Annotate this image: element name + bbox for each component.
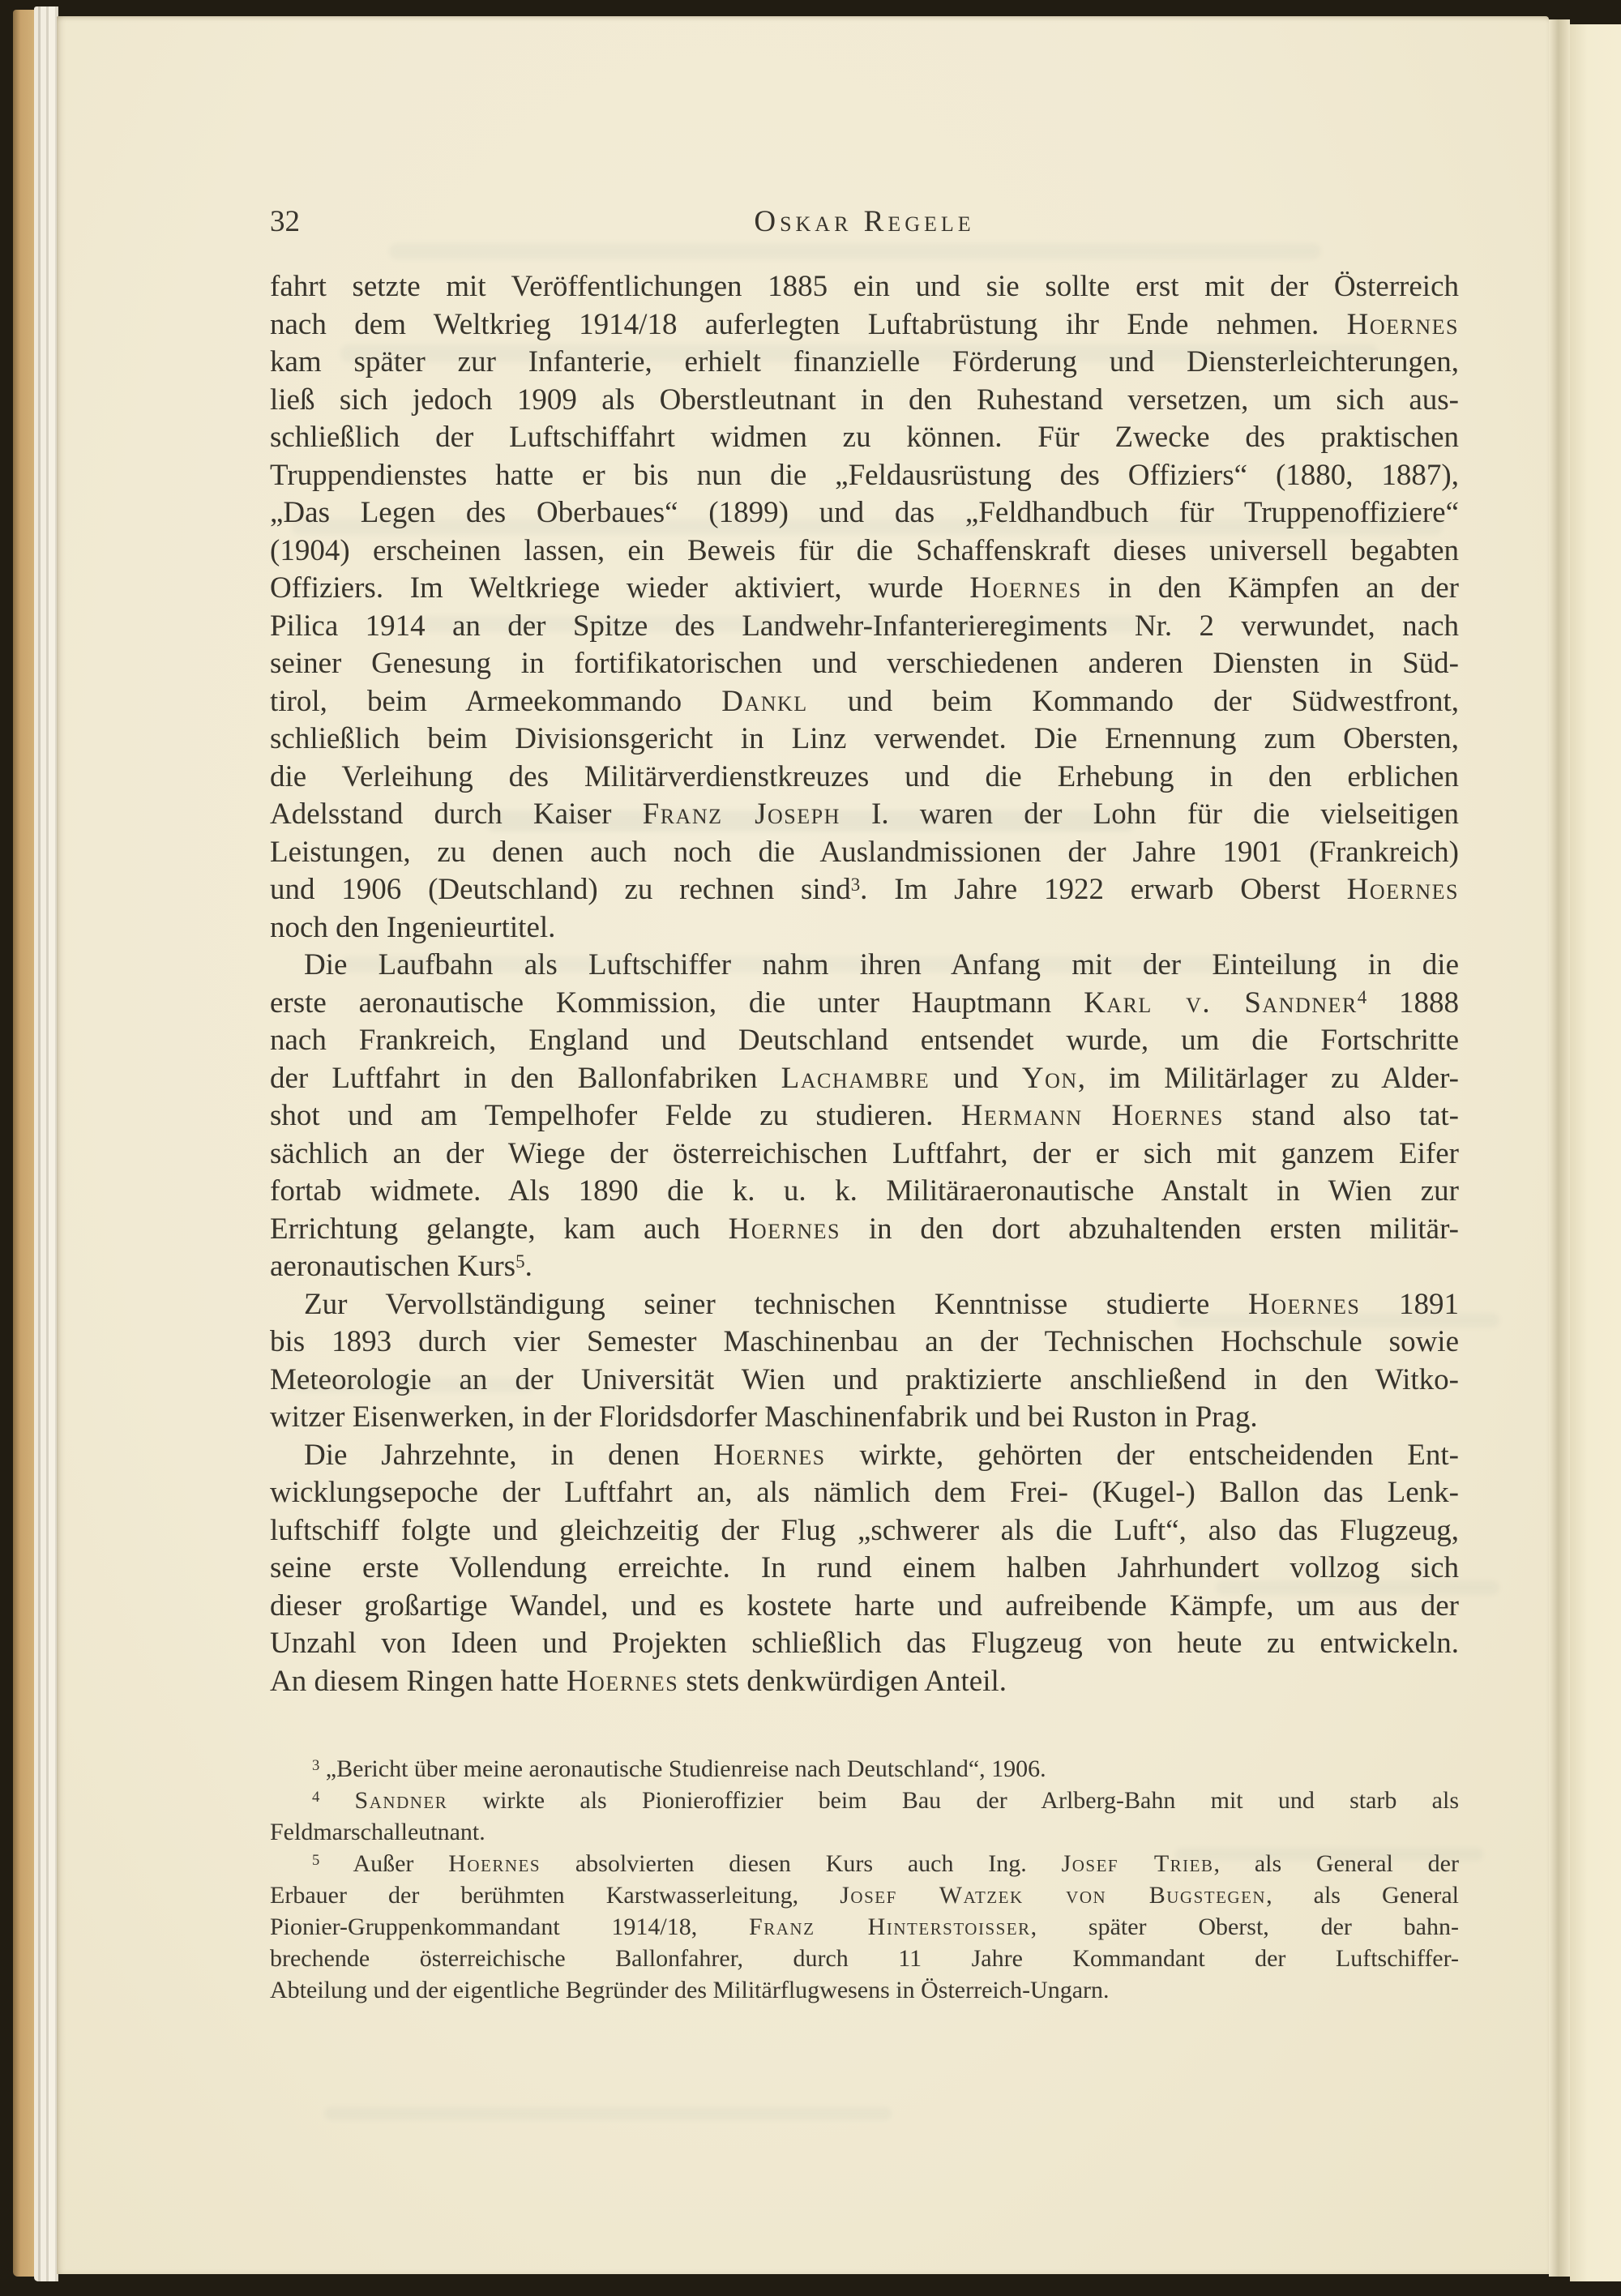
text-line: (1904) erscheinen lassen, ein Beweis für… [270,532,1459,571]
text-line: Erbauer der berühmten Karstwasserleitung… [270,1879,1459,1911]
text-line: schließlich beim Divisionsgericht in Lin… [270,720,1459,759]
text-line: Adelsstand durch Kaiser Franz Joseph I. … [270,796,1459,834]
small-caps-name: Franz Hinterstoisser [749,1913,1031,1940]
book-page: 32 Oskar Regele fahrt setzte mit Veröffe… [57,16,1549,2274]
text-line: der Luftfahrt in den Ballonfabriken Lach… [270,1060,1459,1098]
text-line: nach Frankreich, England und Deutschland… [270,1022,1459,1060]
text-line: Zur Vervollständigung seiner technischen… [270,1286,1459,1324]
text-line: brechende österreichische Ballonfahrer, … [270,1943,1459,1974]
page-edge-stack-light [34,6,58,2281]
small-caps-name: Sandner [355,1787,448,1814]
small-caps-name: Lachambre [781,1062,930,1095]
text-line: nach dem Weltkrieg 1914/18 auferlegten L… [270,306,1459,344]
text-line: schließlich der Luftschiffahrt widmen zu… [270,419,1459,457]
text-line: die Verleihung des Militärverdienstkreuz… [270,759,1459,797]
small-caps-name: Josef Watzek von Bugstegen [840,1882,1266,1909]
text-line: ließ sich jedoch 1909 als Oberstleutnant… [270,382,1459,420]
footnote-marker: 5 [312,1852,319,1869]
small-caps-name: Franz Joseph [643,797,840,831]
text-line: 5 Außer Hoernes absolvierten diesen Kurs… [270,1848,1459,1879]
text-line: erste aeronautische Kommission, die unte… [270,985,1459,1023]
small-caps-name: Hermann Hoernes [961,1099,1224,1132]
small-caps-name: Hoernes [448,1850,541,1877]
text-line: 4 Sandner wirkte als Pionieroffizier bei… [270,1785,1459,1816]
text-line: kam später zur Infanterie, erhielt finan… [270,344,1459,382]
small-caps-name: Hoernes [713,1439,825,1472]
text-line: Feldmarschalleutnant. [270,1816,1459,1848]
small-caps-name: Dankl [721,685,807,718]
footnote-marker: 4 [312,1789,319,1806]
text-line: fortab widmete. Als 1890 die k. u. k. Mi… [270,1173,1459,1211]
small-caps-name: Hoernes [567,1665,678,1698]
small-caps-name: Hoernes [969,571,1081,605]
text-line: tirol, beim Armeekommando Dankl und beim… [270,683,1459,721]
bleed-through-artifact [324,2107,892,2120]
text-line: Leistungen, zu denen auch noch die Ausla… [270,834,1459,872]
text-line: „Das Legen des Oberbaues“ (1899) und das… [270,494,1459,532]
text-line: seine erste Vollendung erreichte. In run… [270,1550,1459,1588]
text-line: bis 1893 durch vier Semester Maschinenba… [270,1323,1459,1362]
small-caps-name: Josef Trieb [1062,1850,1214,1877]
bleed-through-artifact [389,243,1321,259]
text-line: sächlich an der Wiege der österreichisch… [270,1135,1459,1174]
book-gutter-crease [1549,19,1570,2277]
text-line: Die Laufbahn als Luftschiffer nahm ihren… [270,947,1459,985]
text-line: Errichtung gelangte, kam auch Hoernes in… [270,1211,1459,1249]
text-line: und 1906 (Deutschland) zu rechnen sind3.… [270,871,1459,909]
text-line: witzer Eisenwerken, in der Floridsdorfer… [270,1399,1459,1437]
page-edge-stack-tan [13,10,34,2277]
page-number: 32 [270,204,300,239]
text-line: Die Jahrzehnte, in denen Hoernes wirkte,… [270,1437,1459,1475]
footnote-marker: 4 [1358,987,1367,1007]
footnote-marker: 3 [851,874,860,895]
text-line: Pionier-Gruppenkommandant 1914/18, Franz… [270,1911,1459,1943]
book-scan: { "page_number": "32", "running_header":… [0,0,1621,2296]
text-line: Pilica 1914 an der Spitze des Landwehr-I… [270,608,1459,646]
small-caps-name: Hoernes [1248,1288,1360,1321]
text-line: 3 „Bericht über meine aeronautische Stud… [270,1753,1459,1785]
small-caps-name: Hoernes [729,1212,840,1246]
text-line: aeronautischen Kurs5. [270,1248,1459,1286]
small-caps-name: Yon [1022,1062,1078,1095]
footnote-marker: 3 [312,1757,319,1774]
small-caps-name: Hoernes [1347,308,1459,341]
body-text: fahrt setzte mit Veröffentlichungen 1885… [270,268,1459,1700]
text-line: seiner Genesung in fortifikatorischen un… [270,645,1459,683]
footnote-marker: 5 [515,1251,524,1272]
text-line: Offiziers. Im Weltkriege wieder aktivier… [270,570,1459,608]
text-line: Truppendienstes hatte er bis nun die „Fe… [270,457,1459,495]
text-line: wicklungsepoche der Luftfahrt an, als nä… [270,1474,1459,1512]
text-line: noch den Ingenieurtitel. [270,909,1459,947]
text-line: An diesem Ringen hatte Hoernes stets den… [270,1663,1459,1701]
facing-page-edge [1570,24,1621,2281]
text-line: Unzahl von Ideen und Projekten schließli… [270,1625,1459,1663]
text-line: Meteorologie an der Universität Wien und… [270,1362,1459,1400]
text-line: fahrt setzte mit Veröffentlichungen 1885… [270,268,1459,306]
page-header: 32 Oskar Regele [270,204,1459,245]
running-header: Oskar Regele [270,204,1459,239]
footnotes: 3 „Bericht über meine aeronautische Stud… [270,1753,1459,2006]
text-line: luftschiff folgte und gleichzeitig der F… [270,1512,1459,1550]
text-line: shot und am Tempelhofer Felde zu studier… [270,1097,1459,1135]
text-line: dieser großartige Wandel, und es kostete… [270,1588,1459,1626]
text-line: Abteilung und der eigentliche Begründer … [270,1974,1459,2006]
small-caps-name: Karl v. Sandner [1084,986,1358,1020]
small-caps-name: Hoernes [1347,873,1459,906]
